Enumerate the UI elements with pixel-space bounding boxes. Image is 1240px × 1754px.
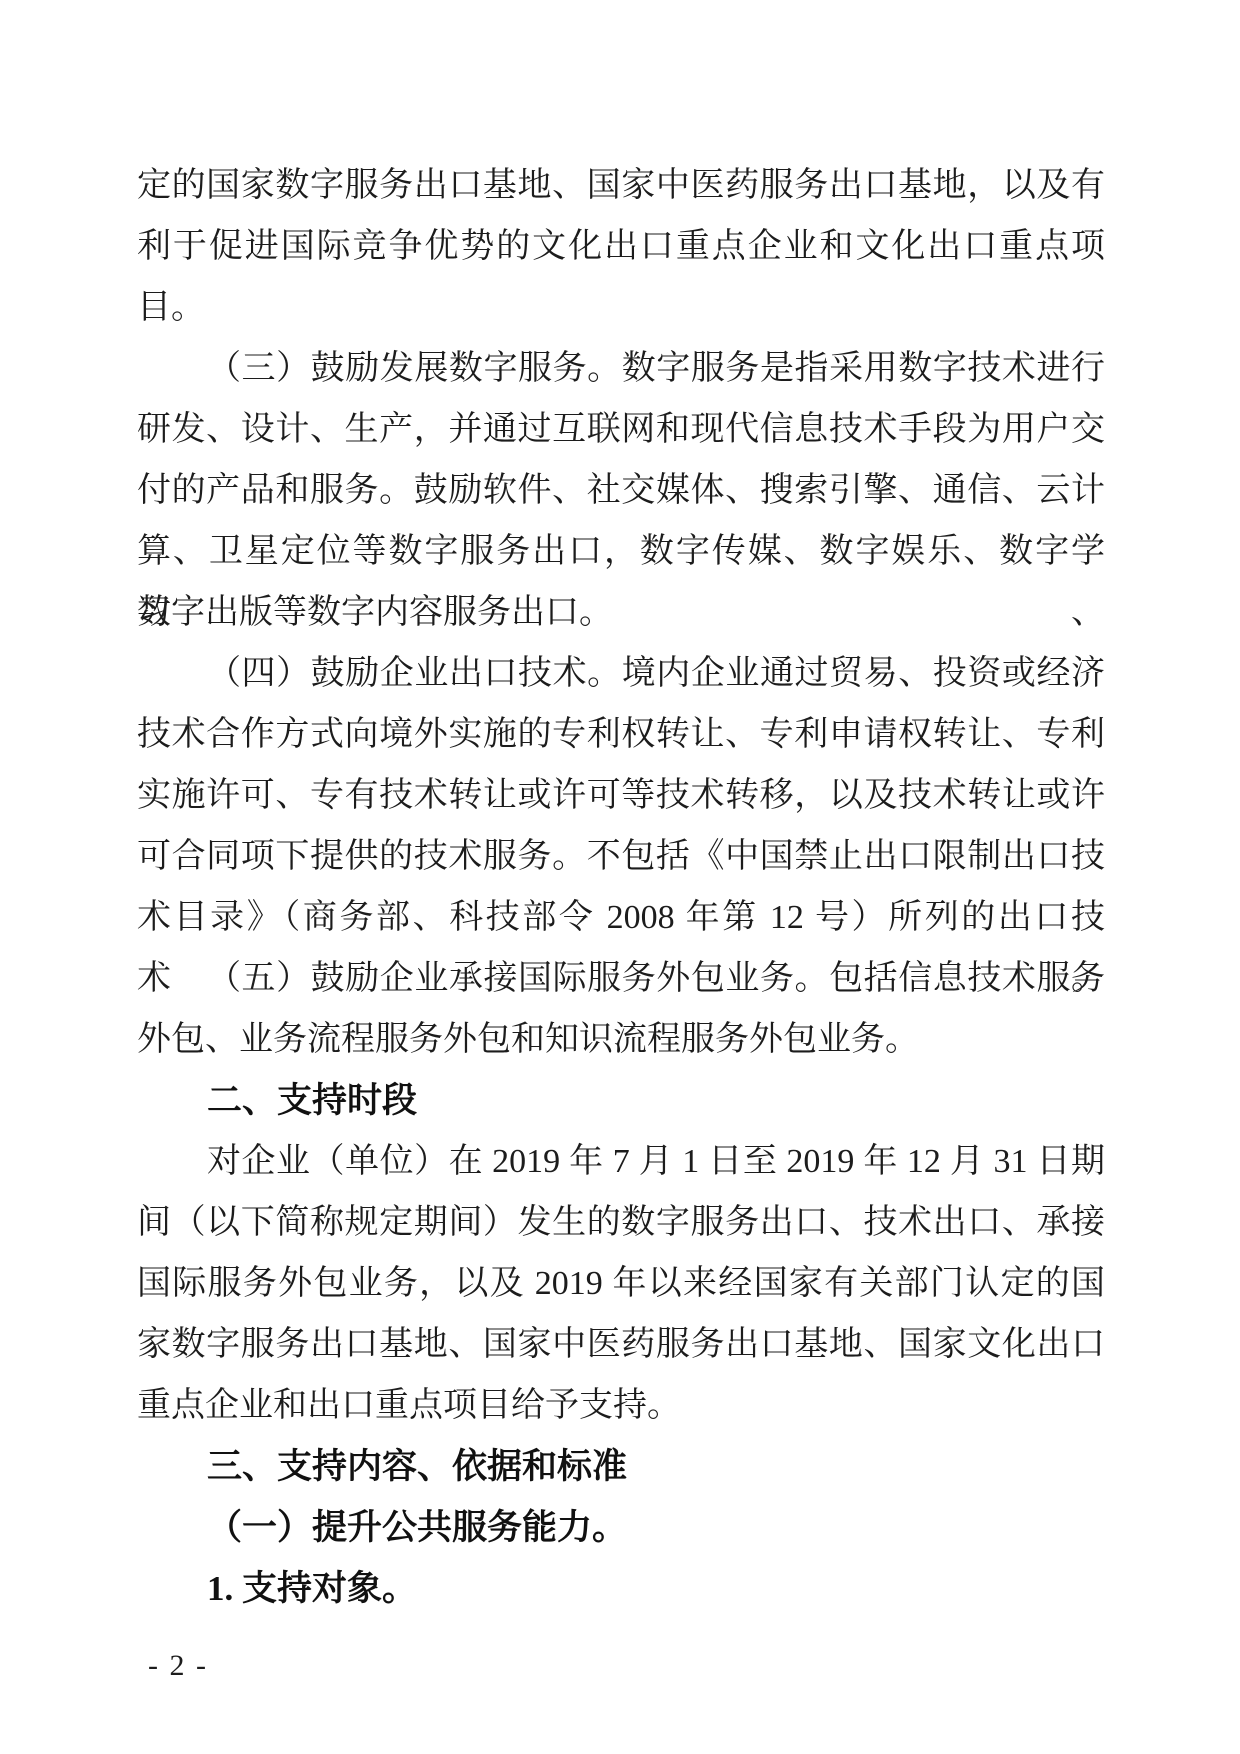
text-line: 技术合作方式向境外实施的专利权转让、专利申请权转让、专利 (137, 704, 1105, 765)
text-line: 实施许可、专有技术转让或许可等技术转移，以及技术转让或许 (137, 765, 1105, 826)
text-line: 可合同项下提供的技术服务。不包括《中国禁止出口限制出口技 (137, 826, 1105, 887)
subheading-section-3-1: （一）提升公共服务能力。 (137, 1497, 1105, 1558)
text-line: 重点企业和出口重点项目给予支持。 (137, 1375, 1105, 1436)
text-line: 付的产品和服务。鼓励软件、社交媒体、搜索引擎、通信、云计 (137, 460, 1105, 521)
text-line: 国际服务外包业务，以及 2019 年以来经国家有关部门认定的国 (137, 1253, 1105, 1314)
text-line: 间（以下简称规定期间）发生的数字服务出口、技术出口、承接 (137, 1192, 1105, 1253)
text-line: 利于促进国际竞争优势的文化出口重点企业和文化出口重点项 (137, 216, 1105, 277)
heading-section-3: 三、支持内容、依据和标准 (137, 1436, 1105, 1497)
text-line: 定的国家数字服务出口基地、国家中医药服务出口基地，以及有 (137, 155, 1105, 216)
text-line: （四）鼓励企业出口技术。境内企业通过贸易、投资或经济 (137, 643, 1105, 704)
text-line: 目。 (137, 277, 1105, 338)
text-line: 家数字服务出口基地、国家中医药服务出口基地、国家文化出口 (137, 1314, 1105, 1375)
document-page: 定的国家数字服务出口基地、国家中医药服务出口基地，以及有利于促进国际竞争优势的文… (0, 0, 1240, 1754)
text-line: 对企业（单位）在 2019 年 7 月 1 日至 2019 年 12 月 31 … (137, 1131, 1105, 1192)
text-line: （五）鼓励企业承接国际服务外包业务。包括信息技术服务 (137, 948, 1105, 1009)
text-line: 外包、业务流程服务外包和知识流程服务外包业务。 (137, 1009, 1105, 1070)
text-line: （三）鼓励发展数字服务。数字服务是指采用数字技术进行 (137, 338, 1105, 399)
heading-section-2: 二、支持时段 (137, 1070, 1105, 1131)
item-heading-1: 1. 支持对象。 (137, 1558, 1105, 1619)
text-line: 术目录》（商务部、科技部令 2008 年第 12 号）所列的出口技术。 (137, 887, 1105, 948)
page-number: - 2 - (148, 1648, 208, 1684)
text-line: 研发、设计、生产，并通过互联网和现代信息技术手段为用户交 (137, 399, 1105, 460)
document-body: 定的国家数字服务出口基地、国家中医药服务出口基地，以及有利于促进国际竞争优势的文… (137, 155, 1105, 1619)
text-line: 算、卫星定位等数字服务出口，数字传媒、数字娱乐、数字学习、 (137, 521, 1105, 582)
